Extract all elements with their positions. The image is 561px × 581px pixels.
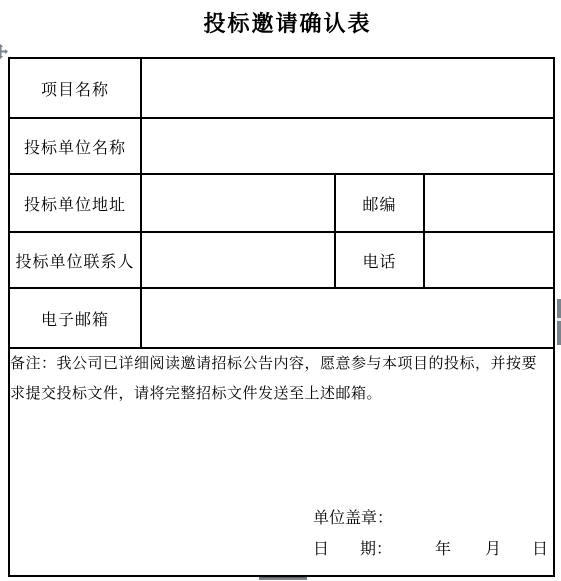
document-page: 投标邀请确认表 项目名称 投标单位名称 [0, 0, 561, 581]
bidder-address-value-cell[interactable] [141, 174, 335, 232]
signature-area: 单位盖章： 日 期： 年 月 日 [10, 349, 551, 571]
bidder-address-label: 投标单位地址 [9, 174, 141, 232]
company-stamp-label: 单位盖章： [313, 509, 393, 529]
year-label: 年 [435, 540, 451, 560]
date-label-part-2: 期： [360, 540, 392, 560]
bidder-contact-label: 投标单位联系人 [9, 232, 141, 288]
scrollbar-grip [557, 318, 561, 321]
table-row: 项目名称 [9, 58, 554, 118]
phone-value-cell[interactable] [424, 232, 554, 288]
table-row: 电子邮箱 [9, 288, 554, 348]
document-title: 投标邀请确认表 [0, 11, 561, 37]
confirmation-form-table: 项目名称 投标单位名称 投标单位地址 邮编 投标单位联系人 电话 电子邮箱 备注… [8, 57, 555, 577]
project-name-value-cell[interactable] [141, 58, 554, 118]
vertical-scrollbar-thumb[interactable] [557, 299, 561, 345]
phone-label: 电话 [335, 232, 424, 288]
month-label: 月 [485, 540, 501, 560]
table-move-handle-icon[interactable] [0, 44, 8, 59]
table-row: 投标单位地址 邮编 [9, 174, 554, 232]
table-row: 投标单位名称 [9, 118, 554, 174]
email-label: 电子邮箱 [9, 288, 141, 348]
date-label-part-1: 日 [313, 540, 329, 560]
bidder-name-value-cell[interactable] [141, 118, 554, 174]
remark-cell: 备注：我公司已详细阅读邀请招标公告内容，愿意参与本项目的投标，并按要 求提交投标… [9, 348, 554, 576]
bidder-contact-value-cell[interactable] [141, 232, 335, 288]
bidder-name-label: 投标单位名称 [9, 118, 141, 174]
day-label: 日 [532, 540, 548, 560]
project-name-label: 项目名称 [9, 58, 141, 118]
table-row: 投标单位联系人 电话 [9, 232, 554, 288]
postal-code-value-cell[interactable] [424, 174, 554, 232]
email-value-cell[interactable] [141, 288, 554, 348]
remark-row: 备注：我公司已详细阅读邀请招标公告内容，愿意参与本项目的投标，并按要 求提交投标… [9, 348, 554, 576]
postal-code-label: 邮编 [335, 174, 424, 232]
horizontal-scrollbar-thumb[interactable] [259, 577, 307, 580]
